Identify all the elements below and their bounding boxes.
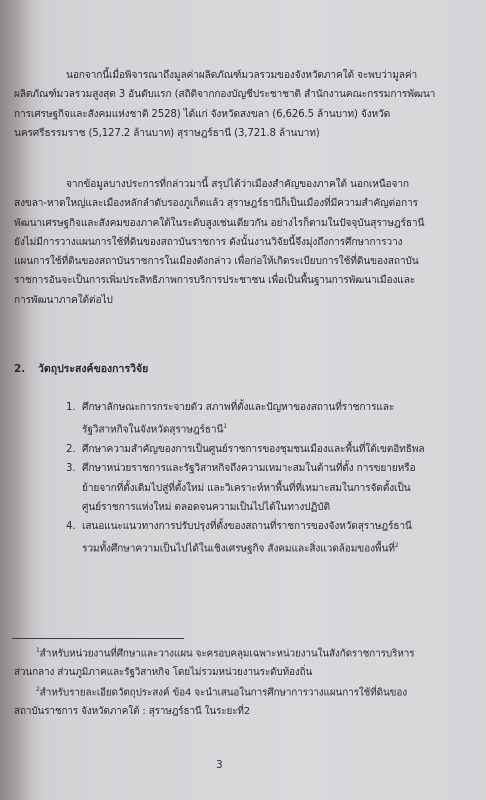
list-item-number: 1. <box>66 398 75 417</box>
paragraph-line: การเศรษฐกิจและสังคมแห่งชาติ 2528) ได้แก่… <box>14 105 434 124</box>
paragraph-line: สงขลา-หาดใหญ่และเมืองหลักลำดับรองภูเก็ตแ… <box>14 194 434 213</box>
paragraph-line: พัฒนาเศรษฐกิจและสังคมของภาคใต้ในระดับสูง… <box>14 214 434 233</box>
footnote-ref: 1 <box>223 423 227 430</box>
document-page: นอกจากนี้เมื่อพิจารณาถึงมูลค่าผลิตภัณฑ์ม… <box>0 0 486 800</box>
footnote-divider <box>12 638 184 639</box>
list-item-number: 4. <box>66 517 75 536</box>
paragraph-line: ราชการอันจะเป็นการเพิ่มประสิทธิภาพการบริ… <box>14 271 434 290</box>
list-item-number: 3. <box>66 459 75 478</box>
paragraph-gdp: นอกจากนี้เมื่อพิจารณาถึงมูลค่าผลิตภัณฑ์ม… <box>14 66 434 143</box>
paragraph-summary: จากข้อมูลบางประการที่กล่าวมานี้ สรุปได้ว… <box>14 175 434 310</box>
paragraph-line: นครศรีธรรมราช (5,127.2 ล้านบาท) สุราษฎร์… <box>14 124 434 143</box>
list-item: 3. ศึกษาหน่วยราชการและรัฐวิสาหกิจถึงความ… <box>66 459 426 517</box>
paragraph-line: จากข้อมูลบางประการที่กล่าวมานี้ สรุปได้ว… <box>66 179 409 190</box>
footnote-2: 2สำหรับรายละเอียดวัตถุประสงค์ ข้อ4 จะนำเ… <box>14 680 434 721</box>
paragraph-line: นอกจากนี้เมื่อพิจารณาถึงมูลค่าผลิตภัณฑ์ม… <box>66 70 417 81</box>
page-number: 3 <box>216 759 223 771</box>
footnote-1: 1สำหรับหน่วยงานที่ศึกษาและวางแผน จะครอบค… <box>14 641 434 682</box>
objectives-list: 1. ศึกษาลักษณะการกระจายตัว สภาพที่ตั้งแล… <box>66 398 426 559</box>
paragraph-line: ยังไม่มีการวางแผนการใช้ที่ดินของสถาบันรา… <box>14 233 434 252</box>
footnote-ref: 2 <box>395 542 399 549</box>
section-heading: 2.วัตถุประสงค์ของการวิจัย <box>14 360 148 377</box>
list-item-number: 2. <box>66 440 75 459</box>
paragraph-line: แผนการใช้ที่ดินของสถาบันราชการในเมืองดัง… <box>14 252 434 271</box>
section-title: วัตถุประสงค์ของการวิจัย <box>38 363 148 375</box>
paragraph-line: ผลิตภัณฑ์มวลรวมสูงสุด 3 อันดับแรก (สถิติ… <box>14 85 434 104</box>
paragraph-line: การพัฒนาภาคใต้ต่อไป <box>14 291 434 310</box>
section-number: 2. <box>14 363 38 375</box>
list-item: 1. ศึกษาลักษณะการกระจายตัว สภาพที่ตั้งแล… <box>66 398 426 440</box>
list-item: 4. เสนอแนะแนวทางการปรับปรุงที่ตั้งของสถา… <box>66 517 426 559</box>
list-item: 2. ศึกษาความสำคัญของการเป็นศูนย์ราชการขอ… <box>66 440 426 459</box>
